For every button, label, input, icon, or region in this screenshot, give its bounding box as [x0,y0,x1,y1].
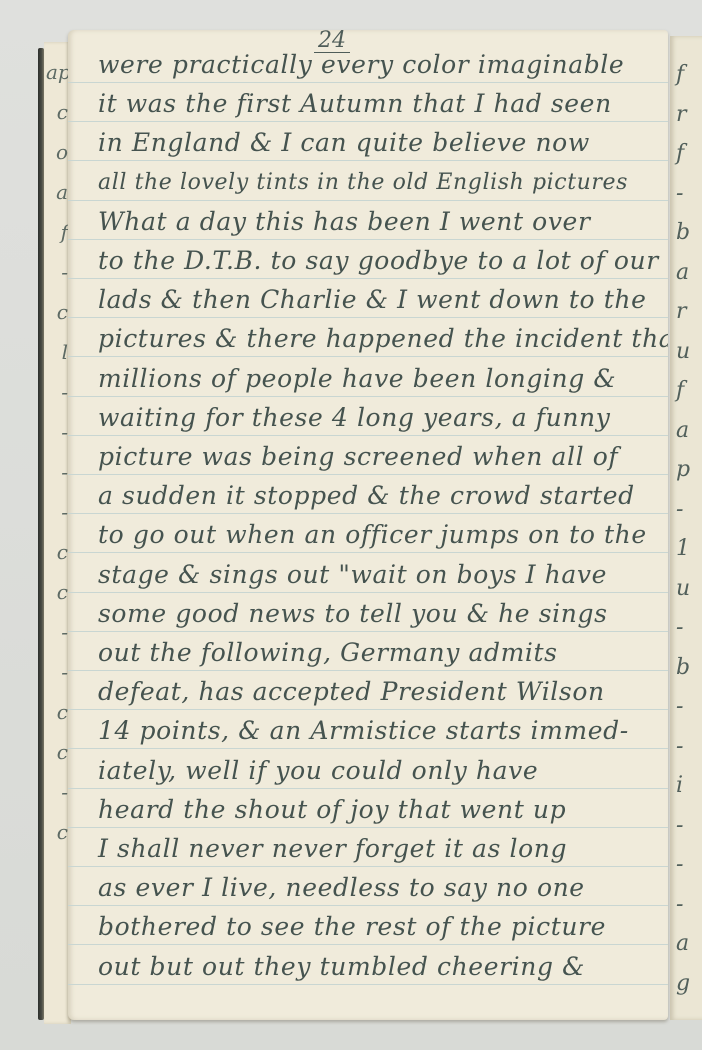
previous-page-text-fragment: - [46,382,68,402]
ruled-line [68,592,668,593]
previous-page-text-fragment: c [46,742,68,762]
previous-page-text-fragment: c [46,822,68,842]
ruled-line [68,513,668,514]
next-page-text-fragment: f [676,64,684,86]
ruled-line [68,474,668,475]
previous-page-text-fragment: c [46,102,68,122]
handwritten-line: some good news to tell you & he sings [98,599,668,629]
next-page-text-fragment: g [676,973,690,995]
next-page-text-fragment: f [676,143,684,165]
previous-page-text-fragment: l [46,342,68,362]
ruled-line [68,200,668,201]
ruled-line [68,788,668,789]
ruled-line [68,827,668,828]
previous-page-text-fragment: f [46,222,68,242]
next-page-text-fragment: u [676,341,690,363]
ruled-line [68,552,668,553]
handwritten-line: out the following, Germany admits [98,638,668,668]
previous-page-text-fragment: c [46,542,68,562]
handwritten-line: 14 points, & an Armistice starts immed- [98,716,668,746]
next-page-text-fragment: - [676,854,683,876]
diary-page: 24 were practically every color imaginab… [68,30,668,1020]
next-page-text-fragment: - [676,617,683,639]
previous-page-text-fragment: - [46,262,68,282]
next-page-text-fragment: - [676,815,683,837]
previous-page-text-fragment: a [46,182,68,202]
previous-page-text-fragment: ap [46,62,68,82]
next-page-text-fragment: a [676,420,689,442]
next-page-text-fragment: a [676,933,689,955]
next-page-text-fragment: 1 [676,538,690,560]
handwritten-line: out but out they tumbled cheering & [98,952,668,982]
next-page-text-fragment: i [676,775,683,797]
next-page-edge: frf-barufap-1u-b--i---ag [670,36,702,1020]
handwritten-line: as ever I live, needless to say no one [98,873,668,903]
ruled-line [68,631,668,632]
ruled-line [68,278,668,279]
ruled-line [68,317,668,318]
handwritten-line: bothered to see the rest of the picture [98,912,668,942]
handwritten-line: a sudden it stopped & the crowd started [98,481,668,511]
handwritten-line: to go out when an officer jumps on to th… [98,520,668,550]
handwritten-line: stage & sings out "wait on boys I have [98,560,668,590]
handwritten-line: all the lovely tints in the old English … [98,168,668,198]
previous-page-text-fragment: - [46,782,68,802]
ruled-line [68,944,668,945]
next-page-text-fragment: r [676,301,687,323]
next-page-text-fragment: u [676,578,690,600]
handwritten-line: lads & then Charlie & I went down to the [98,285,668,315]
handwritten-line: were practically every color imaginable [98,50,668,80]
previous-page-text-fragment: c [46,582,68,602]
ruled-line [68,670,668,671]
next-page-text-fragment: - [676,736,683,758]
ruled-line [68,984,668,985]
handwritten-line: I shall never never forget it as long [98,834,668,864]
previous-page-edge: apcoaf-cl----cc--cc-c [44,42,71,1024]
next-page-text-fragment: b [676,657,690,679]
next-page-text-fragment: - [676,894,683,916]
handwritten-line: defeat, has accepted President Wilson [98,677,668,707]
ruled-line [68,396,668,397]
next-page-text-fragment: - [676,183,683,205]
ruled-line [68,748,668,749]
handwritten-line: What a day this has been I went over [98,207,668,237]
previous-page-text-fragment: c [46,702,68,722]
handwritten-line: pictures & there happened the incident t… [98,324,668,354]
ruled-line [68,160,668,161]
previous-page-text-fragment: - [46,622,68,642]
ruled-line [68,866,668,867]
handwritten-line: iately, well if you could only have [98,756,668,786]
next-page-text-fragment: r [676,104,687,126]
previous-page-text-fragment: - [46,462,68,482]
next-page-text-fragment: a [676,262,689,284]
ruled-line [68,356,668,357]
next-page-text-fragment: f [676,380,684,402]
handwritten-line: it was the first Autumn that I had seen [98,89,668,119]
ruled-line [68,435,668,436]
next-page-text-fragment: b [676,222,690,244]
previous-page-text-fragment: - [46,422,68,442]
next-page-text-fragment: - [676,696,683,718]
scan-background: apcoaf-cl----cc--cc-c 24 were practicall… [0,0,702,1050]
previous-page-text-fragment: o [46,142,68,162]
previous-page-text-fragment: c [46,302,68,322]
handwritten-line: waiting for these 4 long years, a funny [98,403,668,433]
next-page-text-fragment: - [676,499,683,521]
handwritten-line: heard the shout of joy that went up [98,795,668,825]
ruled-line [68,82,668,83]
ruled-line [68,121,668,122]
ruled-line [68,709,668,710]
handwritten-line: to the D.T.B. to say goodbye to a lot of… [98,246,668,276]
previous-page-text-fragment: - [46,502,68,522]
next-page-text-fragment: p [676,459,690,481]
handwritten-line: in England & I can quite believe now [98,128,668,158]
ruled-line [68,239,668,240]
handwritten-line: millions of people have been longing & [98,364,668,394]
previous-page-text-fragment: - [46,662,68,682]
handwritten-line: picture was being screened when all of [98,442,668,472]
ruled-line [68,905,668,906]
